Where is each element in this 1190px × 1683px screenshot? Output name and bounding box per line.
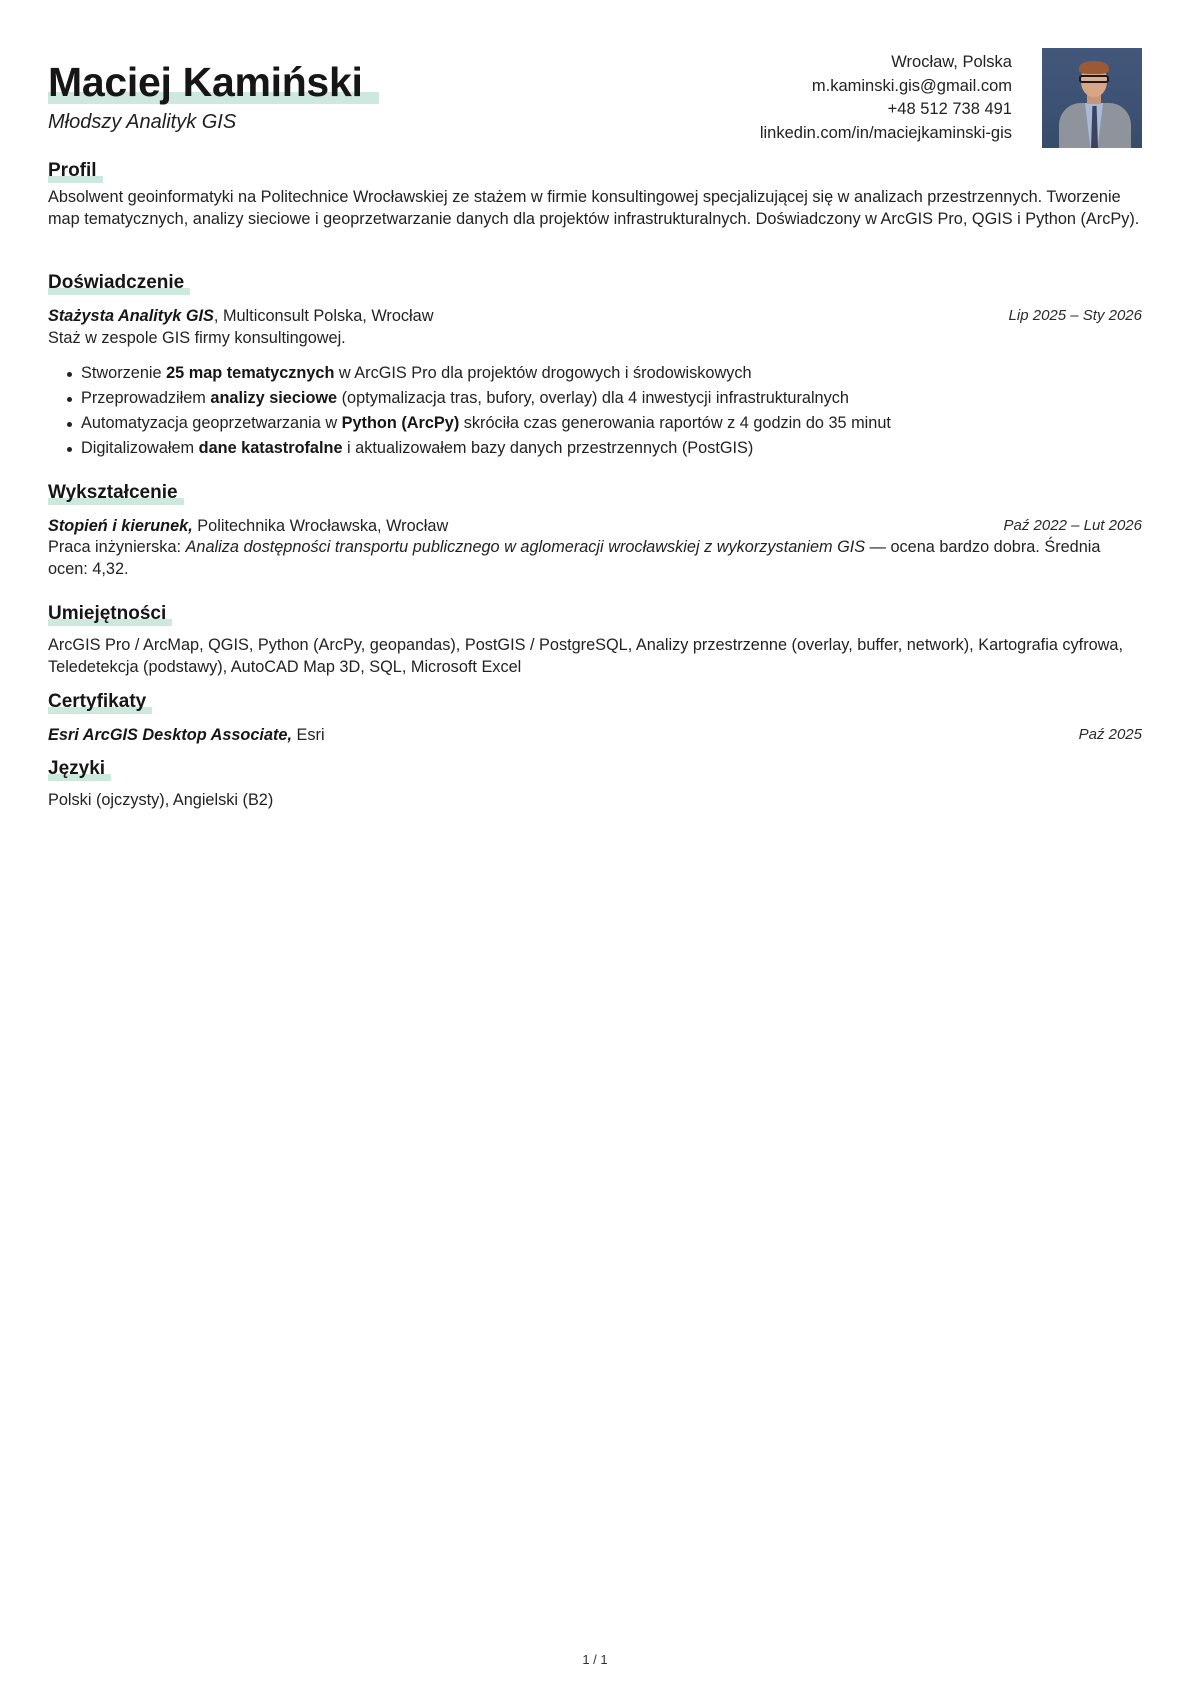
- heading-text: Języki: [48, 758, 105, 779]
- list-item: Digitalizowałem dane katastrofalne i akt…: [48, 436, 891, 461]
- education-dates: Paź 2022 – Lut 2026: [1004, 515, 1142, 537]
- heading-text: Doświadczenie: [48, 272, 184, 293]
- experience-dates: Lip 2025 – Sty 2026: [1009, 305, 1142, 327]
- heading-text: Profil: [48, 160, 97, 181]
- skills-list: ArcGIS Pro / ArcMap, QGIS, Python (ArcPy…: [48, 635, 1142, 678]
- thesis-title: Analiza dostępności transportu publiczne…: [186, 538, 866, 556]
- education-degree: Stopień i kierunek,: [48, 517, 193, 535]
- heading-text: Certyfikaty: [48, 691, 146, 712]
- contact-location: Wrocław, Polska: [760, 51, 1012, 75]
- education-thesis: Praca inżynierska: Analiza dostępności t…: [48, 537, 1142, 580]
- photo-glasses: [1079, 75, 1109, 83]
- section-heading-certificates: Certyfikaty: [48, 691, 152, 713]
- profile-photo: [1042, 48, 1142, 148]
- list-item: Stworzenie 25 map tematycznych w ArcGIS …: [48, 361, 891, 386]
- education-entry-header: Stopień i kierunek, Politechnika Wrocław…: [48, 515, 1142, 537]
- header: Maciej Kamiński: [48, 58, 379, 106]
- resume-page: Maciej Kamiński Młodszy Analityk GIS Wro…: [48, 0, 1142, 1683]
- section-heading-skills: Umiejętności: [48, 603, 172, 625]
- experience-description: Staż w zespole GIS firmy konsultingowej.: [48, 327, 1142, 349]
- job-title: Młodszy Analityk GIS: [48, 110, 236, 134]
- section-heading-experience: Doświadczenie: [48, 272, 190, 294]
- heading-text: Umiejętności: [48, 603, 166, 624]
- certificate-name: Esri ArcGIS Desktop Associate,: [48, 726, 292, 744]
- candidate-name-block: Maciej Kamiński: [48, 58, 379, 106]
- languages-list: Polski (ojczysty), Angielski (B2): [48, 789, 1142, 811]
- list-item: Automatyzacja geoprzetwarzania w Python …: [48, 411, 891, 436]
- certificate-entry: Esri ArcGIS Desktop Associate, Esri Paź …: [48, 724, 1142, 746]
- section-heading-languages: Języki: [48, 758, 111, 780]
- experience-company: , Multiconsult Polska, Wrocław: [214, 307, 434, 325]
- heading-text: Wykształcenie: [48, 482, 178, 503]
- experience-role: Stażysta Analityk GIS: [48, 307, 214, 325]
- education-school: Politechnika Wrocławska, Wrocław: [193, 517, 448, 535]
- photo-hair: [1079, 61, 1109, 74]
- profile-summary: Absolwent geoinformatyki na Politechnice…: [48, 187, 1142, 230]
- certificate-date: Paź 2025: [1079, 724, 1142, 746]
- section-heading-profile: Profil: [48, 160, 103, 182]
- experience-entry-header: Stażysta Analityk GIS, Multiconsult Pols…: [48, 305, 1142, 327]
- experience-bullets: Stworzenie 25 map tematycznych w ArcGIS …: [48, 361, 891, 461]
- list-item: Przeprowadziłem analizy sieciowe (optyma…: [48, 386, 891, 411]
- contact-email[interactable]: m.kaminski.gis@gmail.com: [760, 75, 1012, 99]
- section-heading-education: Wykształcenie: [48, 482, 184, 504]
- candidate-name: Maciej Kamiński: [48, 59, 363, 105]
- contact-linkedin[interactable]: linkedin.com/in/maciejkaminski-gis: [760, 122, 1012, 146]
- contact-phone[interactable]: +48 512 738 491: [760, 98, 1012, 122]
- contact-info: Wrocław, Polska m.kaminski.gis@gmail.com…: [760, 51, 1012, 145]
- certificate-issuer: Esri: [292, 726, 325, 744]
- page-number: 1 / 1: [0, 1652, 1190, 1667]
- thesis-label: Praca inżynierska:: [48, 538, 186, 556]
